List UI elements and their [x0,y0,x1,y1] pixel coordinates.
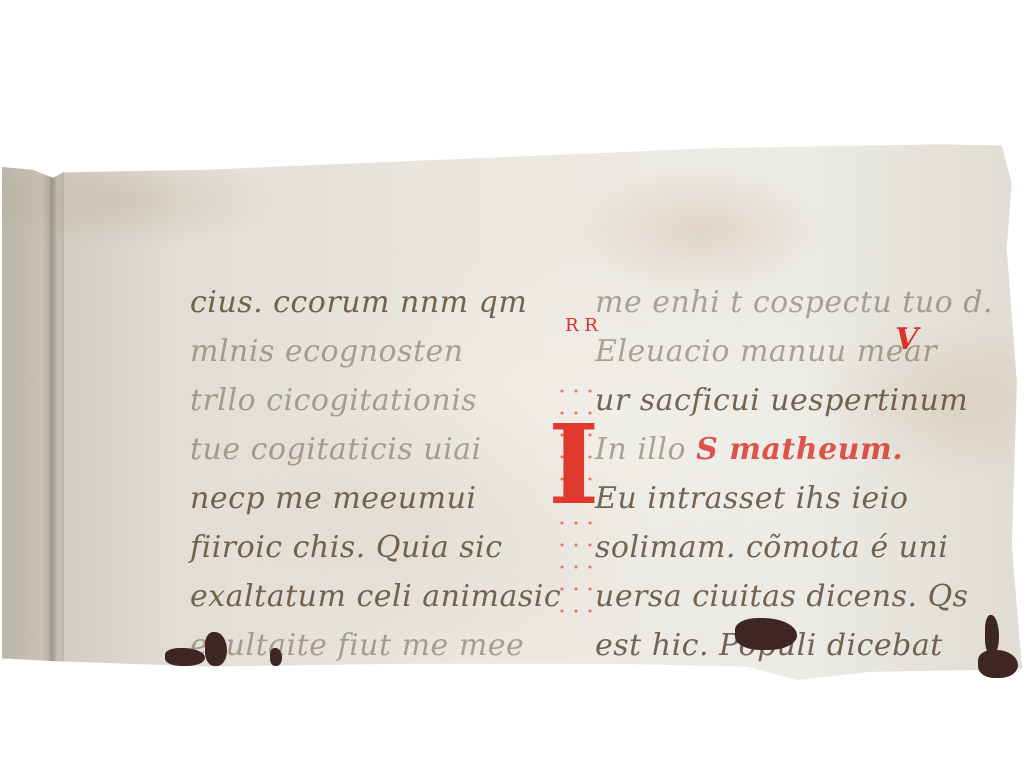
versicle-mark: V [895,322,918,357]
parchment-damage [978,650,1018,678]
manuscript-line: Eleuacio manuu mear [595,327,940,376]
manuscript-line: mlnis ecognosten [190,327,520,376]
manuscript-line: necp me meeumui [190,474,520,523]
manuscript-line: trllo cicogitationis [190,376,520,425]
manuscript-line: exultaite fiut me mee [190,621,520,670]
rubric-heading: S matheum. [696,432,903,467]
parchment-fold [50,140,64,680]
manuscript-line: cius. ccorum nnm qm [190,278,520,327]
parchment-damage [205,632,227,666]
manuscript-line: exaltatum celi animasic [190,572,520,621]
manuscript-line: solimam. cõmota é uni [595,523,940,572]
left-text-column: cius. ccorum nnm qm mlnis ecognosten trl… [190,278,520,670]
manuscript-line: me enhi t cospectu tuo d. [595,278,940,327]
parchment-damage [735,618,797,650]
photo-stage: cius. ccorum nnm qm mlnis ecognosten trl… [0,0,1024,768]
manuscript-line-with-rubric: In illo S matheum. [595,425,940,474]
manuscript-line: tue cogitaticis uiai [190,425,520,474]
manuscript-line: fiiroic chis. Quia sic [190,523,520,572]
decorated-initial: I [548,410,599,520]
manuscript-text: In illo [595,432,686,467]
manuscript-line: Eu intrasset ihs ieio [595,474,940,523]
parchment-damage [985,615,999,655]
marginal-response-marks: R R [565,315,598,337]
manuscript-line: uersa ciuitas dicens. Qs [595,572,940,621]
parchment-damage [270,648,282,666]
manuscript-line: ur sacficui uespertinum [595,376,940,425]
parchment-damage [165,648,205,666]
right-text-column: me enhi t cospectu tuo d. Eleuacio manuu… [595,278,940,670]
